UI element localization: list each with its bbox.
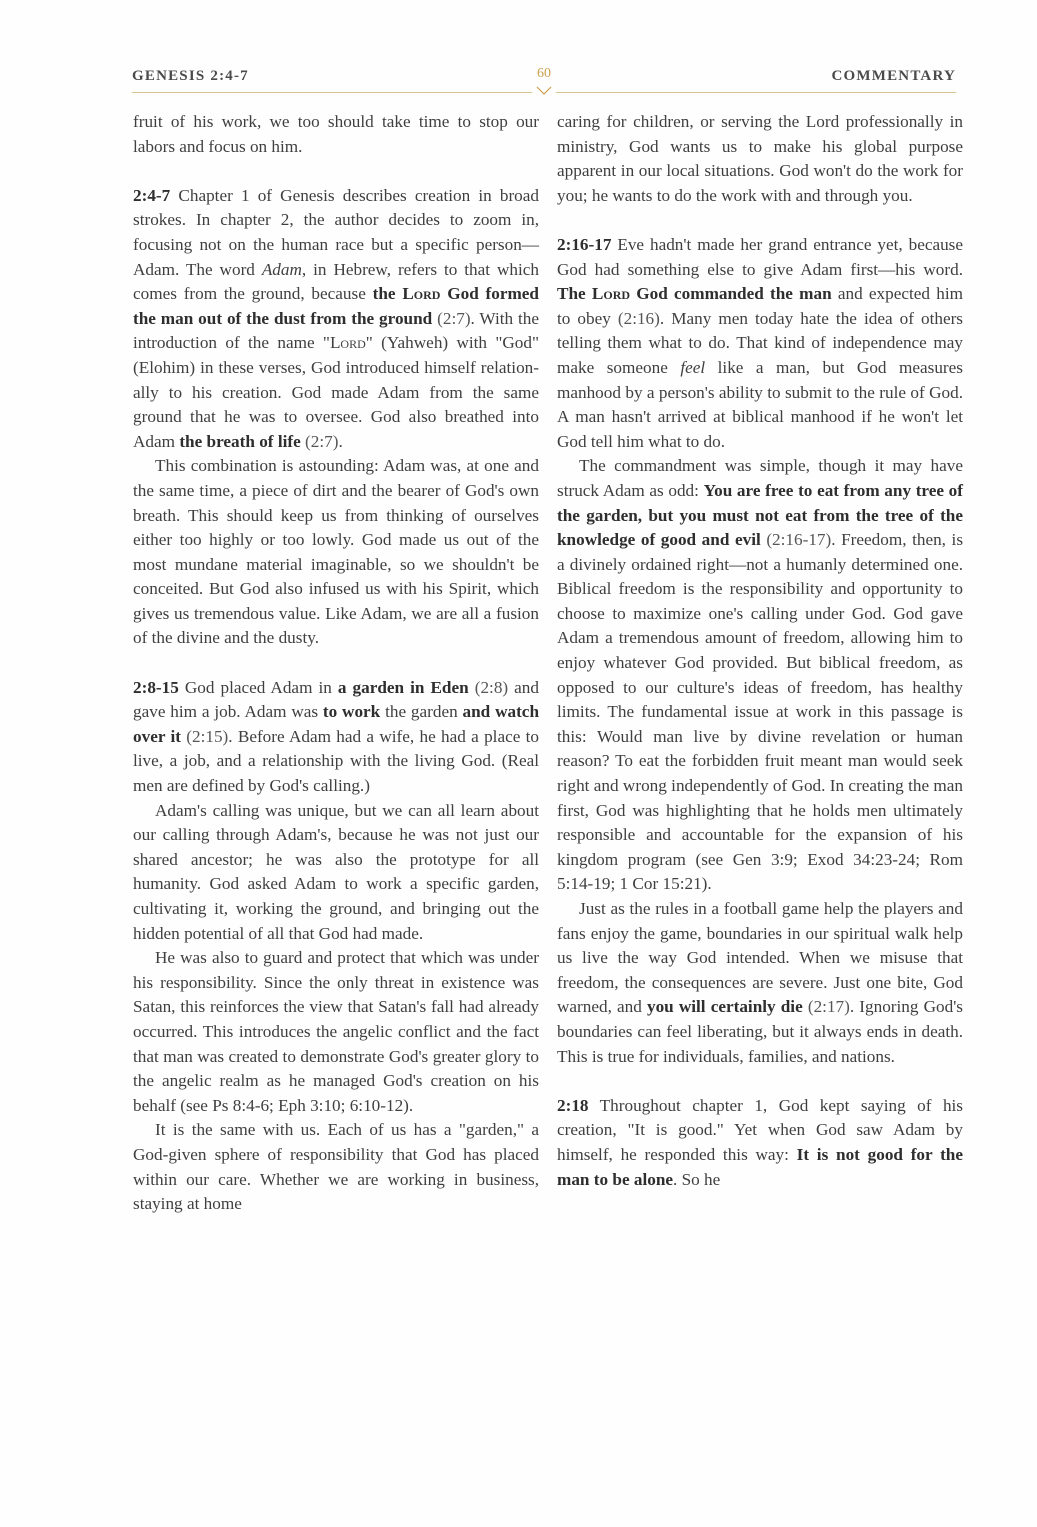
paragraph: This combination is astounding: Adam was… xyxy=(133,454,539,651)
chevron-down-icon xyxy=(536,86,552,96)
commentary-entry-2-16-17: 2:16-17 Eve hadn't made her grand entran… xyxy=(557,233,963,454)
verse-reference: 2:8-15 xyxy=(133,678,179,697)
left-column: fruit of his work, we too should take ti… xyxy=(133,110,539,1217)
citation: (2:16) xyxy=(611,309,660,328)
header-section-title: COMMENTARY xyxy=(831,68,956,85)
paragraph: caring for children, or serving the Lord… xyxy=(557,110,963,208)
running-header: GENESIS 2:4-7 60 COMMENTARY xyxy=(132,64,956,100)
commentary-entry-2-8-15: 2:8-15 God placed Adam in a garden in Ed… xyxy=(133,676,539,799)
commentary-entry-2-18: 2:18 Throughout chapter 1, God kept sayi… xyxy=(557,1094,963,1192)
scripture-quote: you will certainly die xyxy=(647,997,803,1016)
verse-reference: 2:16-17 xyxy=(557,235,611,254)
verse-reference: 2:4-7 xyxy=(133,186,170,205)
paragraph: It is the same with us. Each of us has a… xyxy=(133,1118,539,1216)
scripture-quote: the breath of life xyxy=(179,432,300,451)
book-page: GENESIS 2:4-7 60 COMMENTARY fruit of his… xyxy=(0,0,1037,1527)
paragraph: Adam's calling was unique, but we can al… xyxy=(133,799,539,947)
paragraph: fruit of his work, we too should take ti… xyxy=(133,110,539,159)
citation: (2:16-17) xyxy=(761,530,832,549)
right-column: caring for children, or serving the Lord… xyxy=(557,110,963,1192)
citation: (2:17) xyxy=(803,997,850,1016)
commentary-entry-2-4-7: 2:4-7 Chapter 1 of Genesis describes cre… xyxy=(133,184,539,455)
scripture-quote: The Lord God commanded the man xyxy=(557,284,832,303)
header-rule-left xyxy=(132,92,532,93)
citation: (2:7) xyxy=(301,432,339,451)
page-number: 60 xyxy=(532,66,556,82)
verse-reference: 2:18 xyxy=(557,1096,589,1115)
citation: (2:8) xyxy=(469,678,508,697)
header-passage-title: GENESIS 2:4-7 xyxy=(132,68,249,85)
header-rule-right xyxy=(556,92,956,93)
scripture-quote: to work xyxy=(323,702,380,721)
citation: (2:15) xyxy=(181,727,228,746)
paragraph: Just as the rules in a football game hel… xyxy=(557,897,963,1069)
scripture-quote: a garden in Eden xyxy=(338,678,469,697)
paragraph: The commandment was simple, though it ma… xyxy=(557,454,963,897)
paragraph: He was also to guard and protect that wh… xyxy=(133,946,539,1118)
citation: (2:7) xyxy=(432,309,470,328)
